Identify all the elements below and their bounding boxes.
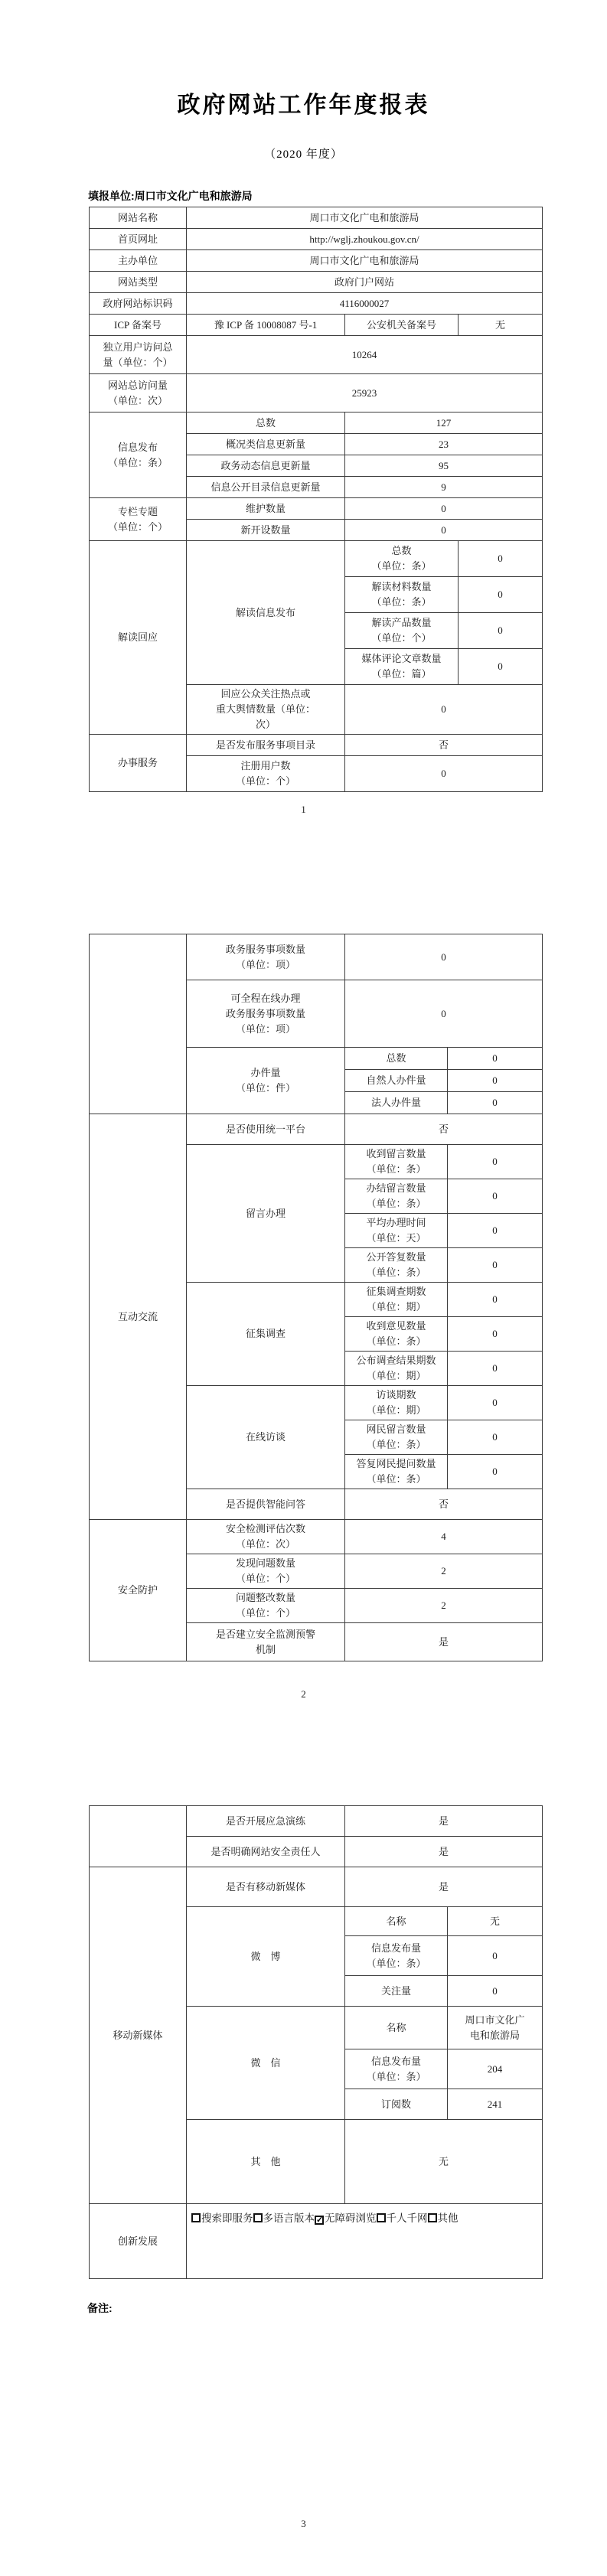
table-cell: 政务动态信息更新量 (187, 455, 345, 477)
table-cell: 是否开展应急演练 (187, 1806, 345, 1837)
table-cell: http://wglj.zhoukou.gov.cn/ (187, 229, 543, 250)
table-cell: 0 (448, 1179, 543, 1214)
table-cell: 名称 (345, 2007, 448, 2049)
table-cell: 0 (448, 1248, 543, 1283)
table-row: ICP 备案号豫 ICP 备 10008087 号-1公安机关备案号无 (90, 315, 543, 336)
table-cell: 4 (345, 1520, 543, 1554)
table-cell: 0 (448, 1317, 543, 1352)
table-cell: 0 (448, 1455, 543, 1489)
table-cell: 留言办理 (187, 1145, 345, 1283)
table-cell: 0 (345, 756, 543, 792)
checkbox-label: 搜索即服务 (201, 2212, 253, 2224)
table-cell: 公安机关备案号 (345, 315, 459, 336)
table-cell: 127 (345, 412, 543, 434)
report-page: 政府网站工作年度报表 （2020 年度） 填报单位:周口市文化广电和旅游局 网站… (0, 0, 607, 2576)
table-cell: 公开答复数量 （单位：条） (345, 1248, 448, 1283)
checkbox-unchecked-icon (253, 2213, 263, 2222)
table-cell: 总数 (345, 1048, 448, 1070)
table-cell: 周口市文化广电和旅游局 (187, 207, 543, 229)
table-cell: 0 (459, 577, 543, 613)
table-cell: 豫 ICP 备 10008087 号-1 (187, 315, 345, 336)
table-cell: 概况类信息更新量 (187, 434, 345, 455)
table-cell: 无 (459, 315, 543, 336)
table-cell: 0 (459, 613, 543, 649)
table-cell: 网站类型 (90, 272, 187, 293)
report-table-page-3: 是否开展应急演练是是否明确网站安全责任人是移动新媒体是否有移动新媒体是微 博名称… (89, 1805, 543, 2279)
table-cell: 0 (448, 1352, 543, 1386)
table-cell: 是否有移动新媒体 (187, 1867, 345, 1907)
table-cell: 征集调查期数 （单位：期） (345, 1283, 448, 1317)
table-cell: 政府网站标识码 (90, 293, 187, 315)
table-cell: 独立用户访问总 量（单位：个） (90, 336, 187, 374)
table-cell: 是 (345, 1837, 543, 1867)
table-cell: 征集调查 (187, 1283, 345, 1386)
table-cell: 否 (345, 1114, 543, 1145)
table-row: 网站名称周口市文化广电和旅游局 (90, 207, 543, 229)
checkbox-unchecked-icon (377, 2213, 386, 2222)
table-cell: 办事服务 (90, 735, 187, 792)
innovation-option: ✓无障碍浏览 (315, 2212, 377, 2224)
table-row: 信息发布 （单位：条）总数127 (90, 412, 543, 434)
table-row: 安全防护安全检测评估次数 （单位：次）4 (90, 1520, 543, 1554)
table-row: 解读回应解读信息发布总数 （单位：条）0 (90, 541, 543, 577)
table-cell (90, 934, 187, 1114)
page-number-3: 3 (0, 2518, 607, 2530)
table-cell (90, 1806, 187, 1867)
table-row: 政府网站标识码4116000027 (90, 293, 543, 315)
table-cell: 0 (448, 1048, 543, 1070)
table-row: 独立用户访问总 量（单位：个）10264 (90, 336, 543, 374)
table-cell: 信息公开目录信息更新量 (187, 477, 345, 498)
table-cell: 答复网民提问数量 （单位：条） (345, 1455, 448, 1489)
table-cell: 是否提供智能问答 (187, 1489, 345, 1520)
table-row: 首页网址http://wglj.zhoukou.gov.cn/ (90, 229, 543, 250)
table-cell: 0 (459, 649, 543, 685)
table-cell: 信息发布量 （单位：条） (345, 1936, 448, 1976)
table-cell: 9 (345, 477, 543, 498)
table-cell: 0 (345, 934, 543, 980)
table-cell: 安全防护 (90, 1520, 187, 1661)
table-cell: 0 (448, 1145, 543, 1179)
table-cell: 25923 (187, 374, 543, 412)
checkbox-label: 多语言版本 (263, 2212, 315, 2224)
innovation-option: 多语言版本 (253, 2212, 315, 2224)
table-cell: 0 (448, 1092, 543, 1114)
checkbox-unchecked-icon (428, 2213, 437, 2222)
table-cell: 解读材料数量 （单位：条） (345, 577, 459, 613)
table-row: 移动新媒体是否有移动新媒体是 (90, 1867, 543, 1907)
table-row: 政务服务事项数量 （单位：项）0 (90, 934, 543, 980)
table-cell: 10264 (187, 336, 543, 374)
report-subtitle: （2020 年度） (0, 145, 607, 161)
remark-label: 备注: (87, 2300, 113, 2316)
table-cell: 发现问题数量 （单位：个） (187, 1554, 345, 1589)
table-row: 网站类型政府门户网站 (90, 272, 543, 293)
table-cell: 收到意见数量 （单位：条） (345, 1317, 448, 1352)
report-table-page-2: 政务服务事项数量 （单位：项）0可全程在线办理 政务服务事项数量 （单位：项）0… (89, 934, 543, 1661)
checkbox-label: 无障碍浏览 (325, 2212, 377, 2224)
table-cell: 是 (345, 1806, 543, 1837)
table-cell: 0 (448, 1070, 543, 1092)
table-cell: 办结留言数量 （单位：条） (345, 1179, 448, 1214)
report-title: 政府网站工作年度报表 (0, 86, 607, 119)
table-cell: 2 (345, 1589, 543, 1623)
checkbox-label: 千人千网 (387, 2212, 428, 2224)
table-cell: 微 博 (187, 1907, 345, 2007)
table-cell: 平均办理时间 （单位：天） (345, 1214, 448, 1248)
table-cell: 法人办件量 (345, 1092, 448, 1114)
table-row: 互动交流是否使用统一平台否 (90, 1114, 543, 1145)
table-cell: 2 (345, 1554, 543, 1589)
table-cell: 注册用户数 （单位：个） (187, 756, 345, 792)
table-cell: 信息发布量 （单位：条） (345, 2049, 448, 2089)
table-cell: 周口市文化广 电和旅游局 (448, 2007, 543, 2049)
table-cell: 204 (448, 2049, 543, 2089)
page-number-1: 1 (0, 804, 607, 816)
table-cell: 关注量 (345, 1976, 448, 2007)
table-cell: 95 (345, 455, 543, 477)
table-cell: 信息发布 （单位：条） (90, 412, 187, 498)
table-cell: 专栏专题 （单位：个） (90, 498, 187, 541)
table-cell: 总数 （单位：条） (345, 541, 459, 577)
table-cell: 解读信息发布 (187, 541, 345, 685)
table-cell: 在线访谈 (187, 1386, 345, 1489)
table-cell: 媒体评论文章数量 （单位：篇） (345, 649, 459, 685)
table-cell: 是否明确网站安全责任人 (187, 1837, 345, 1867)
table-row: 创新发展搜索即服务多语言版本✓无障碍浏览千人千网其他 (90, 2204, 543, 2279)
table-cell: 是 (345, 1623, 543, 1661)
table-cell: 解读产品数量 （单位：个） (345, 613, 459, 649)
table-row: 专栏专题 （单位：个）维护数量0 (90, 498, 543, 520)
table-cell: 是否建立安全监测预警 机制 (187, 1623, 345, 1661)
report-unit: 填报单位:周口市文化广电和旅游局 (88, 188, 253, 204)
table-cell: 23 (345, 434, 543, 455)
table-cell: 首页网址 (90, 229, 187, 250)
table-cell: 0 (448, 1283, 543, 1317)
table-cell: 0 (448, 1936, 543, 1976)
page-number-2: 2 (0, 1688, 607, 1700)
table-cell: 总数 (187, 412, 345, 434)
table-cell: 创新发展 (90, 2204, 187, 2279)
table-row: 网站总访问量 （单位：次）25923 (90, 374, 543, 412)
table-cell: 微 信 (187, 2007, 345, 2120)
table-cell: 否 (345, 735, 543, 756)
table-cell: 可全程在线办理 政务服务事项数量 （单位：项） (187, 980, 345, 1048)
table-cell: 办件量 （单位：件） (187, 1048, 345, 1114)
table-cell: 否 (345, 1489, 543, 1520)
table-cell: 是 (345, 1867, 543, 1907)
checkbox-unchecked-icon (191, 2213, 201, 2222)
table-cell: 无 (448, 1907, 543, 1936)
checkbox-label: 其他 (438, 2212, 459, 2224)
table-cell: 0 (345, 685, 543, 735)
table-cell: 安全检测评估次数 （单位：次） (187, 1520, 345, 1554)
table-cell: 访谈期数 （单位：期） (345, 1386, 448, 1420)
table-cell: 0 (459, 541, 543, 577)
table-cell: 网民留言数量 （单位：条） (345, 1420, 448, 1455)
table-cell: 维护数量 (187, 498, 345, 520)
table-cell: 移动新媒体 (90, 1867, 187, 2204)
table-cell: 主办单位 (90, 250, 187, 272)
table-cell: 公布调查结果期数 （单位：期） (345, 1352, 448, 1386)
checkbox-checked-icon: ✓ (315, 2216, 324, 2225)
innovation-option: 千人千网 (377, 2212, 428, 2224)
table-cell: 0 (448, 1976, 543, 2007)
table-cell: 0 (448, 1214, 543, 1248)
table-cell: 周口市文化广电和旅游局 (187, 250, 543, 272)
table-cell: 0 (448, 1420, 543, 1455)
table-cell: 问题整改数量 （单位：个） (187, 1589, 345, 1623)
table-cell: 名称 (345, 1907, 448, 1936)
table-cell: ICP 备案号 (90, 315, 187, 336)
table-cell: 回应公众关注热点或 重大舆情数量（单位： 次） (187, 685, 345, 735)
table-cell: 是否发布服务事项目录 (187, 735, 345, 756)
table-cell: 订阅数 (345, 2089, 448, 2120)
table-row: 是否开展应急演练是 (90, 1806, 543, 1837)
table-row: 办事服务是否发布服务事项目录否 (90, 735, 543, 756)
innovation-options: 搜索即服务多语言版本✓无障碍浏览千人千网其他 (187, 2204, 543, 2279)
table-cell: 241 (448, 2089, 543, 2120)
table-cell: 政府门户网站 (187, 272, 543, 293)
table-cell: 0 (448, 1386, 543, 1420)
innovation-option: 其他 (428, 2212, 459, 2224)
table-cell: 解读回应 (90, 541, 187, 735)
table-cell: 互动交流 (90, 1114, 187, 1520)
table-row: 主办单位周口市文化广电和旅游局 (90, 250, 543, 272)
innovation-option: 搜索即服务 (191, 2212, 253, 2224)
table-cell: 是否使用统一平台 (187, 1114, 345, 1145)
table-cell: 0 (345, 498, 543, 520)
table-cell: 网站名称 (90, 207, 187, 229)
table-cell: 政务服务事项数量 （单位：项） (187, 934, 345, 980)
table-cell: 自然人办件量 (345, 1070, 448, 1092)
table-cell: 新开设数量 (187, 520, 345, 541)
table-cell: 0 (345, 980, 543, 1048)
table-cell: 0 (345, 520, 543, 541)
table-cell: 网站总访问量 （单位：次） (90, 374, 187, 412)
report-table-page-1: 网站名称周口市文化广电和旅游局首页网址http://wglj.zhoukou.g… (89, 207, 543, 792)
table-cell: 收到留言数量 （单位：条） (345, 1145, 448, 1179)
table-cell: 无 (345, 2120, 543, 2204)
table-cell: 其 他 (187, 2120, 345, 2204)
table-cell: 4116000027 (187, 293, 543, 315)
